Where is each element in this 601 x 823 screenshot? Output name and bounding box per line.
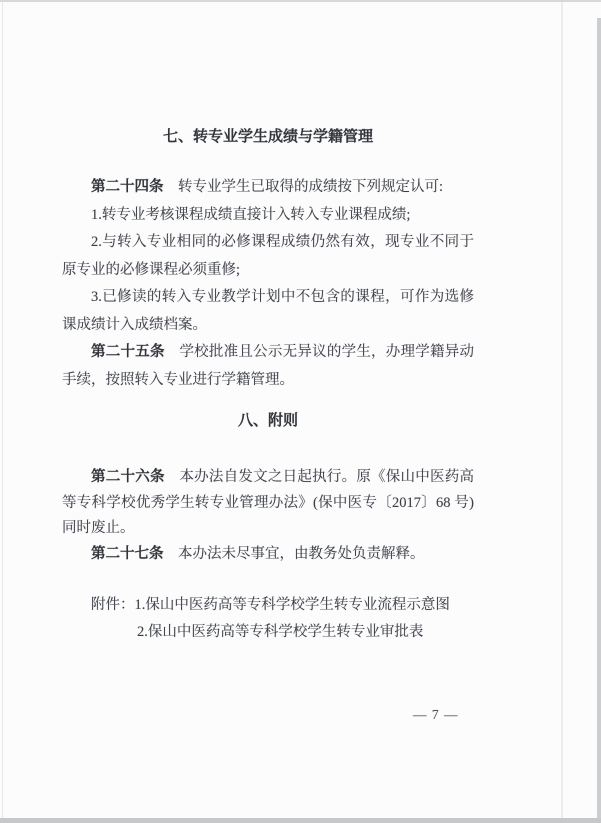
article-26-text: 本办法自发文之日起执行。原《保山中医药高 [165, 469, 474, 485]
scan-edge-left [2, 2, 3, 818]
article-26-line-1: 第二十六条 本办法自发文之日起执行。原《保山中医药高 [62, 465, 474, 491]
section-heading-seven: 七、转专业学生成绩与学籍管理 [62, 129, 474, 146]
article-24-item-3-line-2: 课成绩计入成绩档案。 [62, 312, 474, 340]
attachment-list: 附件：1.保山中医药高等专科学校学生转专业流程示意图 2.保山中医药高等专科学校… [62, 592, 474, 646]
article-26-line-2: 等专科学校优秀学生转专业管理办法》(保中医专〔2017〕68 号) [62, 491, 474, 517]
article-24-text: 转专业学生已取得的成绩按下列规定认可: [164, 179, 444, 195]
section-eight-body: 第二十六条 本办法自发文之日起执行。原《保山中医药高 等专科学校优秀学生转专业管… [62, 465, 474, 567]
article-25-line-1: 第二十五条 学校批准且公示无异议的学生，办理学籍异动 [62, 339, 474, 367]
scan-fold-line [561, 0, 563, 818]
article-26-number: 第二十六条 [91, 469, 165, 485]
article-25-line-2: 手续，按照转入专业进行学籍管理。 [62, 367, 474, 395]
article-24-number: 第二十四条 [91, 179, 164, 195]
article-27-number: 第二十七条 [91, 546, 164, 562]
article-24-item-3-line-1: 3.已修读的转入专业教学计划中不包含的课程，可作为选修 [62, 284, 474, 312]
article-27-line-1: 第二十七条 本办法未尽事宜，由教务处负责解释。 [62, 542, 474, 568]
article-24-line-1: 第二十四条 转专业学生已取得的成绩按下列规定认可: [62, 174, 474, 202]
section-seven-body: 第二十四条 转专业学生已取得的成绩按下列规定认可: 1.转专业考核课程成绩直接计… [62, 174, 474, 394]
article-24-item-2-line-2: 原专业的必修课程必须重修; [62, 257, 474, 285]
article-27-text: 本办法未尽事宜，由教务处负责解释。 [164, 546, 425, 562]
attachment-item-2: 2.保山中医药高等专科学校学生转专业审批表 [62, 619, 474, 646]
article-25-text: 学校批准且公示无异议的学生，办理学籍异动 [165, 344, 474, 360]
article-24-item-1: 1.转专业考核课程成绩直接计入转入专业课程成绩; [62, 202, 474, 230]
scan-edge-right [597, 18, 601, 823]
page-number: — 7 — [413, 707, 483, 723]
attachment-item-1: 附件：1.保山中医药高等专科学校学生转专业流程示意图 [62, 592, 474, 619]
document-content: 七、转专业学生成绩与学籍管理 第二十四条 转专业学生已取得的成绩按下列规定认可:… [62, 0, 474, 823]
article-26-line-3: 同时废止。 [62, 516, 474, 542]
scanned-document-page: 七、转专业学生成绩与学籍管理 第二十四条 转专业学生已取得的成绩按下列规定认可:… [0, 0, 601, 823]
section-heading-eight: 八、附则 [62, 413, 474, 430]
article-25-number: 第二十五条 [91, 344, 165, 360]
article-24-item-2-line-1: 2.与转入专业相同的必修课程成绩仍然有效，现专业不同于 [62, 229, 474, 257]
